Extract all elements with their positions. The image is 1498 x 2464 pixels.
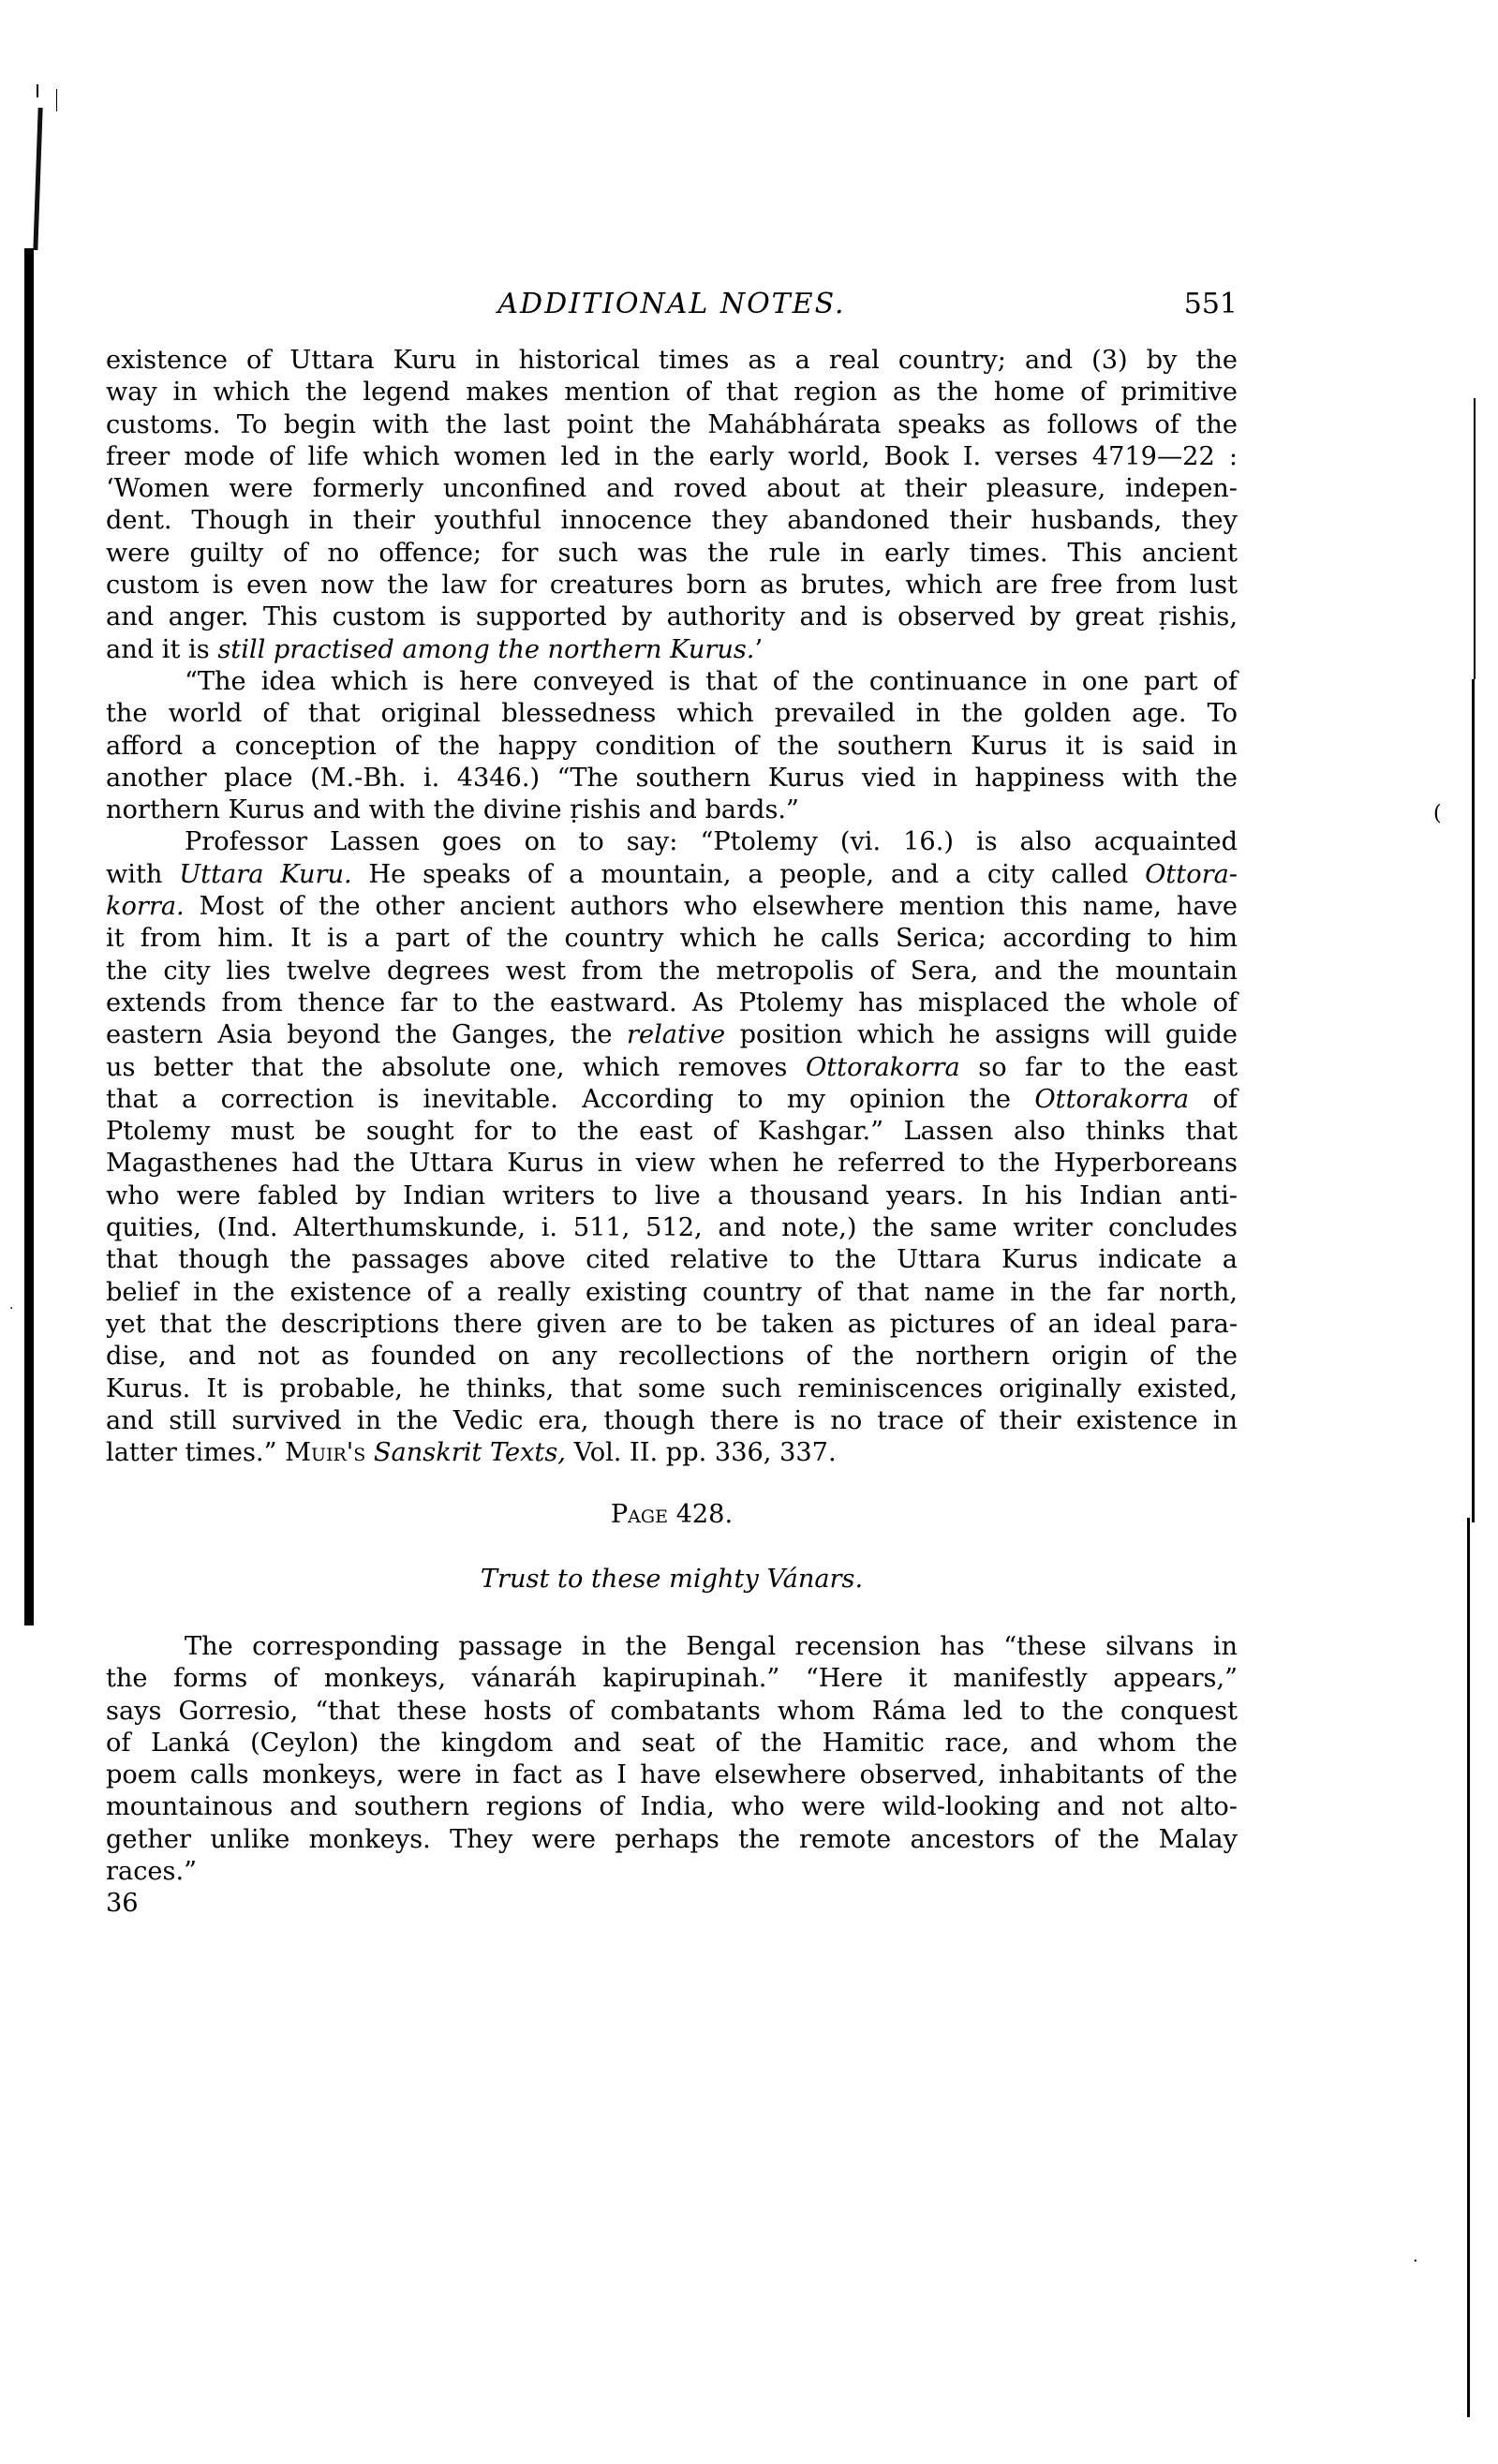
italic-run: korra. xyxy=(106,892,185,921)
text-line: custom is even now the law for creatures… xyxy=(106,570,1238,601)
text-line: Magasthenes had the Uttara Kurus in view… xyxy=(106,1148,1238,1180)
text-line: the world of that original blessedness w… xyxy=(106,698,1238,730)
text-line: and anger. This custom is supported by a… xyxy=(106,601,1238,633)
text-line: korra. Most of the other ancient authors… xyxy=(106,891,1238,923)
text-line: who were fabled by Indian writers to liv… xyxy=(106,1180,1238,1212)
text-run: and it is xyxy=(106,635,217,664)
text-line: Professor Lassen goes on to say: “Ptolem… xyxy=(106,826,1238,858)
crop-mark xyxy=(56,89,57,111)
stray-mark: · xyxy=(1413,2253,1418,2270)
text-line: poem calls monkeys, were in fact as I ha… xyxy=(106,1759,1238,1791)
text-line: dise, and not as founded on any recollec… xyxy=(106,1341,1238,1373)
section-subtitle: Trust to these mighty Vánars. xyxy=(106,1564,1238,1596)
text-run: with xyxy=(106,860,179,889)
page-number: 551 xyxy=(1184,288,1238,320)
text-line: ‘Women were formerly unconfined and rove… xyxy=(106,473,1238,505)
text-run: so far to the east xyxy=(960,1053,1238,1082)
text-run: us better that the absolute one, which r… xyxy=(106,1053,806,1082)
text-line: that a correction is inevitable. Accordi… xyxy=(106,1084,1238,1116)
text-line: extends from thence far to the eastward.… xyxy=(106,987,1238,1019)
page-body: existence of Uttara Kuru in historical t… xyxy=(106,345,1238,1921)
italic-run: Ottora- xyxy=(1145,860,1238,889)
text-run: eastern Asia beyond the Ganges, the xyxy=(106,1020,627,1049)
scan-edge-right xyxy=(1472,679,1475,1522)
text-line: of Lanká (Ceylon) the kingdom and seat o… xyxy=(106,1728,1238,1759)
text-line: quities, (Ind. Alterthumskunde, i. 511, … xyxy=(106,1212,1238,1244)
text-line: and it is still practised among the nort… xyxy=(106,634,1238,666)
paragraph-vanars: The corresponding passage in the Bengal … xyxy=(106,1631,1238,1888)
work-title: Sanskrit Texts, xyxy=(374,1438,566,1467)
text-line: belief in the existence of a really exis… xyxy=(106,1277,1238,1309)
spacer xyxy=(106,1532,1238,1564)
text-line: The corresponding passage in the Bengal … xyxy=(106,1631,1238,1663)
italic-run: Ottorakorra xyxy=(806,1053,960,1082)
text-line: gether unlike monkeys. They were perhaps… xyxy=(106,1824,1238,1856)
spacer xyxy=(106,1469,1238,1499)
text-line: says Gorresio, “that these hosts of comb… xyxy=(106,1696,1238,1728)
paragraph-golden-age: “The idea which is here conveyed is that… xyxy=(106,666,1238,826)
text-run: Most of the other ancient authors who el… xyxy=(185,892,1238,921)
text-line: “The idea which is here conveyed is that… xyxy=(106,666,1238,698)
text-line: customs. To begin with the last point th… xyxy=(106,409,1238,441)
text-run: that a correction is inevitable. Accordi… xyxy=(106,1085,1034,1114)
text-line: and still survived in the Vedic era, tho… xyxy=(106,1405,1238,1437)
text-line: mountainous and southern regions of Indi… xyxy=(106,1791,1238,1823)
text-line: Kurus. It is probable, he thinks, that s… xyxy=(106,1373,1238,1405)
text-line: with Uttara Kuru. He speaks of a mountai… xyxy=(106,859,1238,891)
stray-mark: · xyxy=(9,1302,13,1315)
citation-line: latter times.” Muir's Sanskrit Texts, Vo… xyxy=(106,1437,1238,1469)
scan-edge-shadow-thin xyxy=(33,108,42,250)
running-head: ADDITIONAL NOTES. 551 xyxy=(106,286,1238,323)
running-title: ADDITIONAL NOTES. xyxy=(106,288,1238,320)
italic-run: Uttara Kuru. xyxy=(179,860,351,889)
text-run xyxy=(365,1438,374,1467)
text-line: freer mode of life which women led in th… xyxy=(106,441,1238,473)
text-line: eastern Asia beyond the Ganges, the rela… xyxy=(106,1019,1238,1051)
text-line: existence of Uttara Kuru in historical t… xyxy=(106,345,1238,377)
text-line: the forms of monkeys, vánaráh kapirupina… xyxy=(106,1663,1238,1695)
text-run: position which he assigns will guide xyxy=(725,1020,1238,1049)
text-run: Vol. II. pp. 336, 337. xyxy=(566,1438,837,1467)
italic-run: still practised among the northern Kurus… xyxy=(217,635,754,664)
scan-edge-right xyxy=(1474,398,1476,679)
scan-edge-right xyxy=(1467,1518,1470,2417)
italic-run: Ottorakorra xyxy=(1034,1085,1189,1114)
text-line: the city lies twelve degrees west from t… xyxy=(106,956,1238,987)
text-line: it from him. It is a part of the country… xyxy=(106,923,1238,955)
text-line: northern Kurus and with the divine ṛishi… xyxy=(106,794,1238,826)
text-line: another place (M.-Bh. i. 4346.) “The sou… xyxy=(106,763,1238,794)
text-line: dent. Though in their youthful innocence… xyxy=(106,505,1238,537)
author-name: Muir's xyxy=(285,1438,365,1467)
text-line: races.” xyxy=(106,1856,1238,1888)
paragraph-mahabharata-quote: existence of Uttara Kuru in historical t… xyxy=(106,345,1238,666)
text-line: us better that the absolute one, which r… xyxy=(106,1052,1238,1084)
section-heading: Page 428. xyxy=(106,1499,1238,1531)
text-line: yet that the descriptions there given ar… xyxy=(106,1309,1238,1341)
scan-edge-shadow xyxy=(24,248,34,1625)
text-run: latter times.” xyxy=(106,1438,285,1467)
stray-mark: ( xyxy=(1433,804,1442,824)
text-line: were guilty of no offence; for such was … xyxy=(106,538,1238,570)
paragraph-lassen: Professor Lassen goes on to say: “Ptolem… xyxy=(106,826,1238,1469)
signature-mark: 36 xyxy=(106,1888,1238,1920)
spacer xyxy=(106,1596,1238,1631)
text-line: afford a conception of the happy conditi… xyxy=(106,731,1238,763)
crop-mark xyxy=(37,84,38,97)
text-line: that though the passages above cited rel… xyxy=(106,1244,1238,1276)
text-line: Ptolemy must be sought for to the east o… xyxy=(106,1116,1238,1148)
text-run: He speaks of a mountain, a people, and a… xyxy=(352,860,1145,889)
text-run: of xyxy=(1189,1085,1238,1114)
italic-run: relative xyxy=(627,1020,725,1049)
text-run: ’ xyxy=(754,635,763,664)
text-line: way in which the legend makes mention of… xyxy=(106,377,1238,408)
